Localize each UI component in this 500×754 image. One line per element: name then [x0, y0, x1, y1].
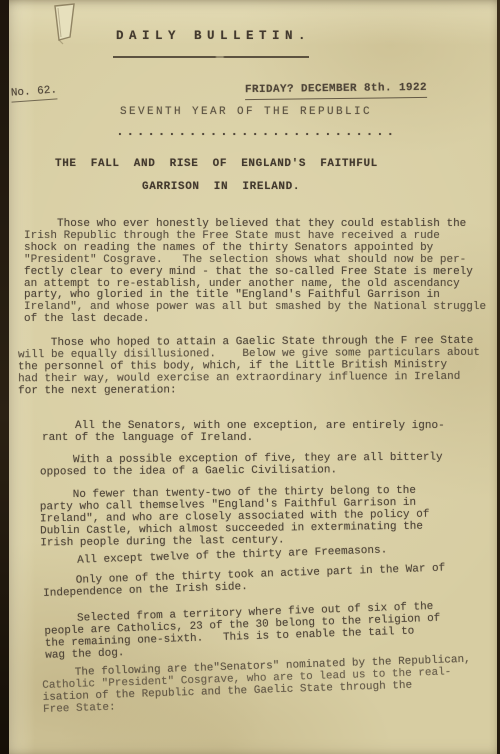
- masthead-underline: [113, 56, 309, 58]
- headline-line-1: THE FALL AND RISE OF ENGLAND'S FAITHFUL: [55, 158, 378, 170]
- paragraph-closing: The following are the"Senators" nominate…: [42, 655, 472, 717]
- photo-frame: DAILY BULLETIN. No. 62. FRIDAY? DECEMBER…: [0, 0, 500, 754]
- date-line: FRIDAY? DECEMBER 8th. 1922: [245, 82, 427, 100]
- point-war-of-independence: Only one of the thirty took an active pa…: [43, 564, 446, 601]
- dotted-separator: ...........................: [116, 124, 397, 139]
- issue-number: No. 62.: [11, 84, 58, 102]
- point-gaelic-civilisation: With a possible exception of five, they …: [40, 453, 443, 480]
- point-religion: Selected from a territory where five out…: [44, 602, 441, 663]
- year-line: SEVENTH YEAR OF THE REPUBLIC: [120, 106, 372, 118]
- point-garrison-party: No fewer than twenty-two of the thirty b…: [40, 486, 430, 550]
- paragraph-disillusioned: Those who hoped to attain a Gaelic State…: [18, 336, 480, 398]
- lower-page-section: All except twelve of the thirty are Free…: [38, 542, 494, 747]
- headline-line-2: GARRISON IN IRELAND.: [142, 181, 300, 193]
- masthead-title: DAILY BULLETIN.: [116, 29, 311, 43]
- paperclip-mark: [49, 3, 79, 45]
- document-page: DAILY BULLETIN. No. 62. FRIDAY? DECEMBER…: [0, 0, 500, 754]
- paragraph-intro: Those who ever honestly believed that th…: [24, 219, 486, 326]
- photo-background-left-edge: [0, 0, 9, 754]
- point-language: All the Senators, with one exception, ar…: [42, 421, 445, 445]
